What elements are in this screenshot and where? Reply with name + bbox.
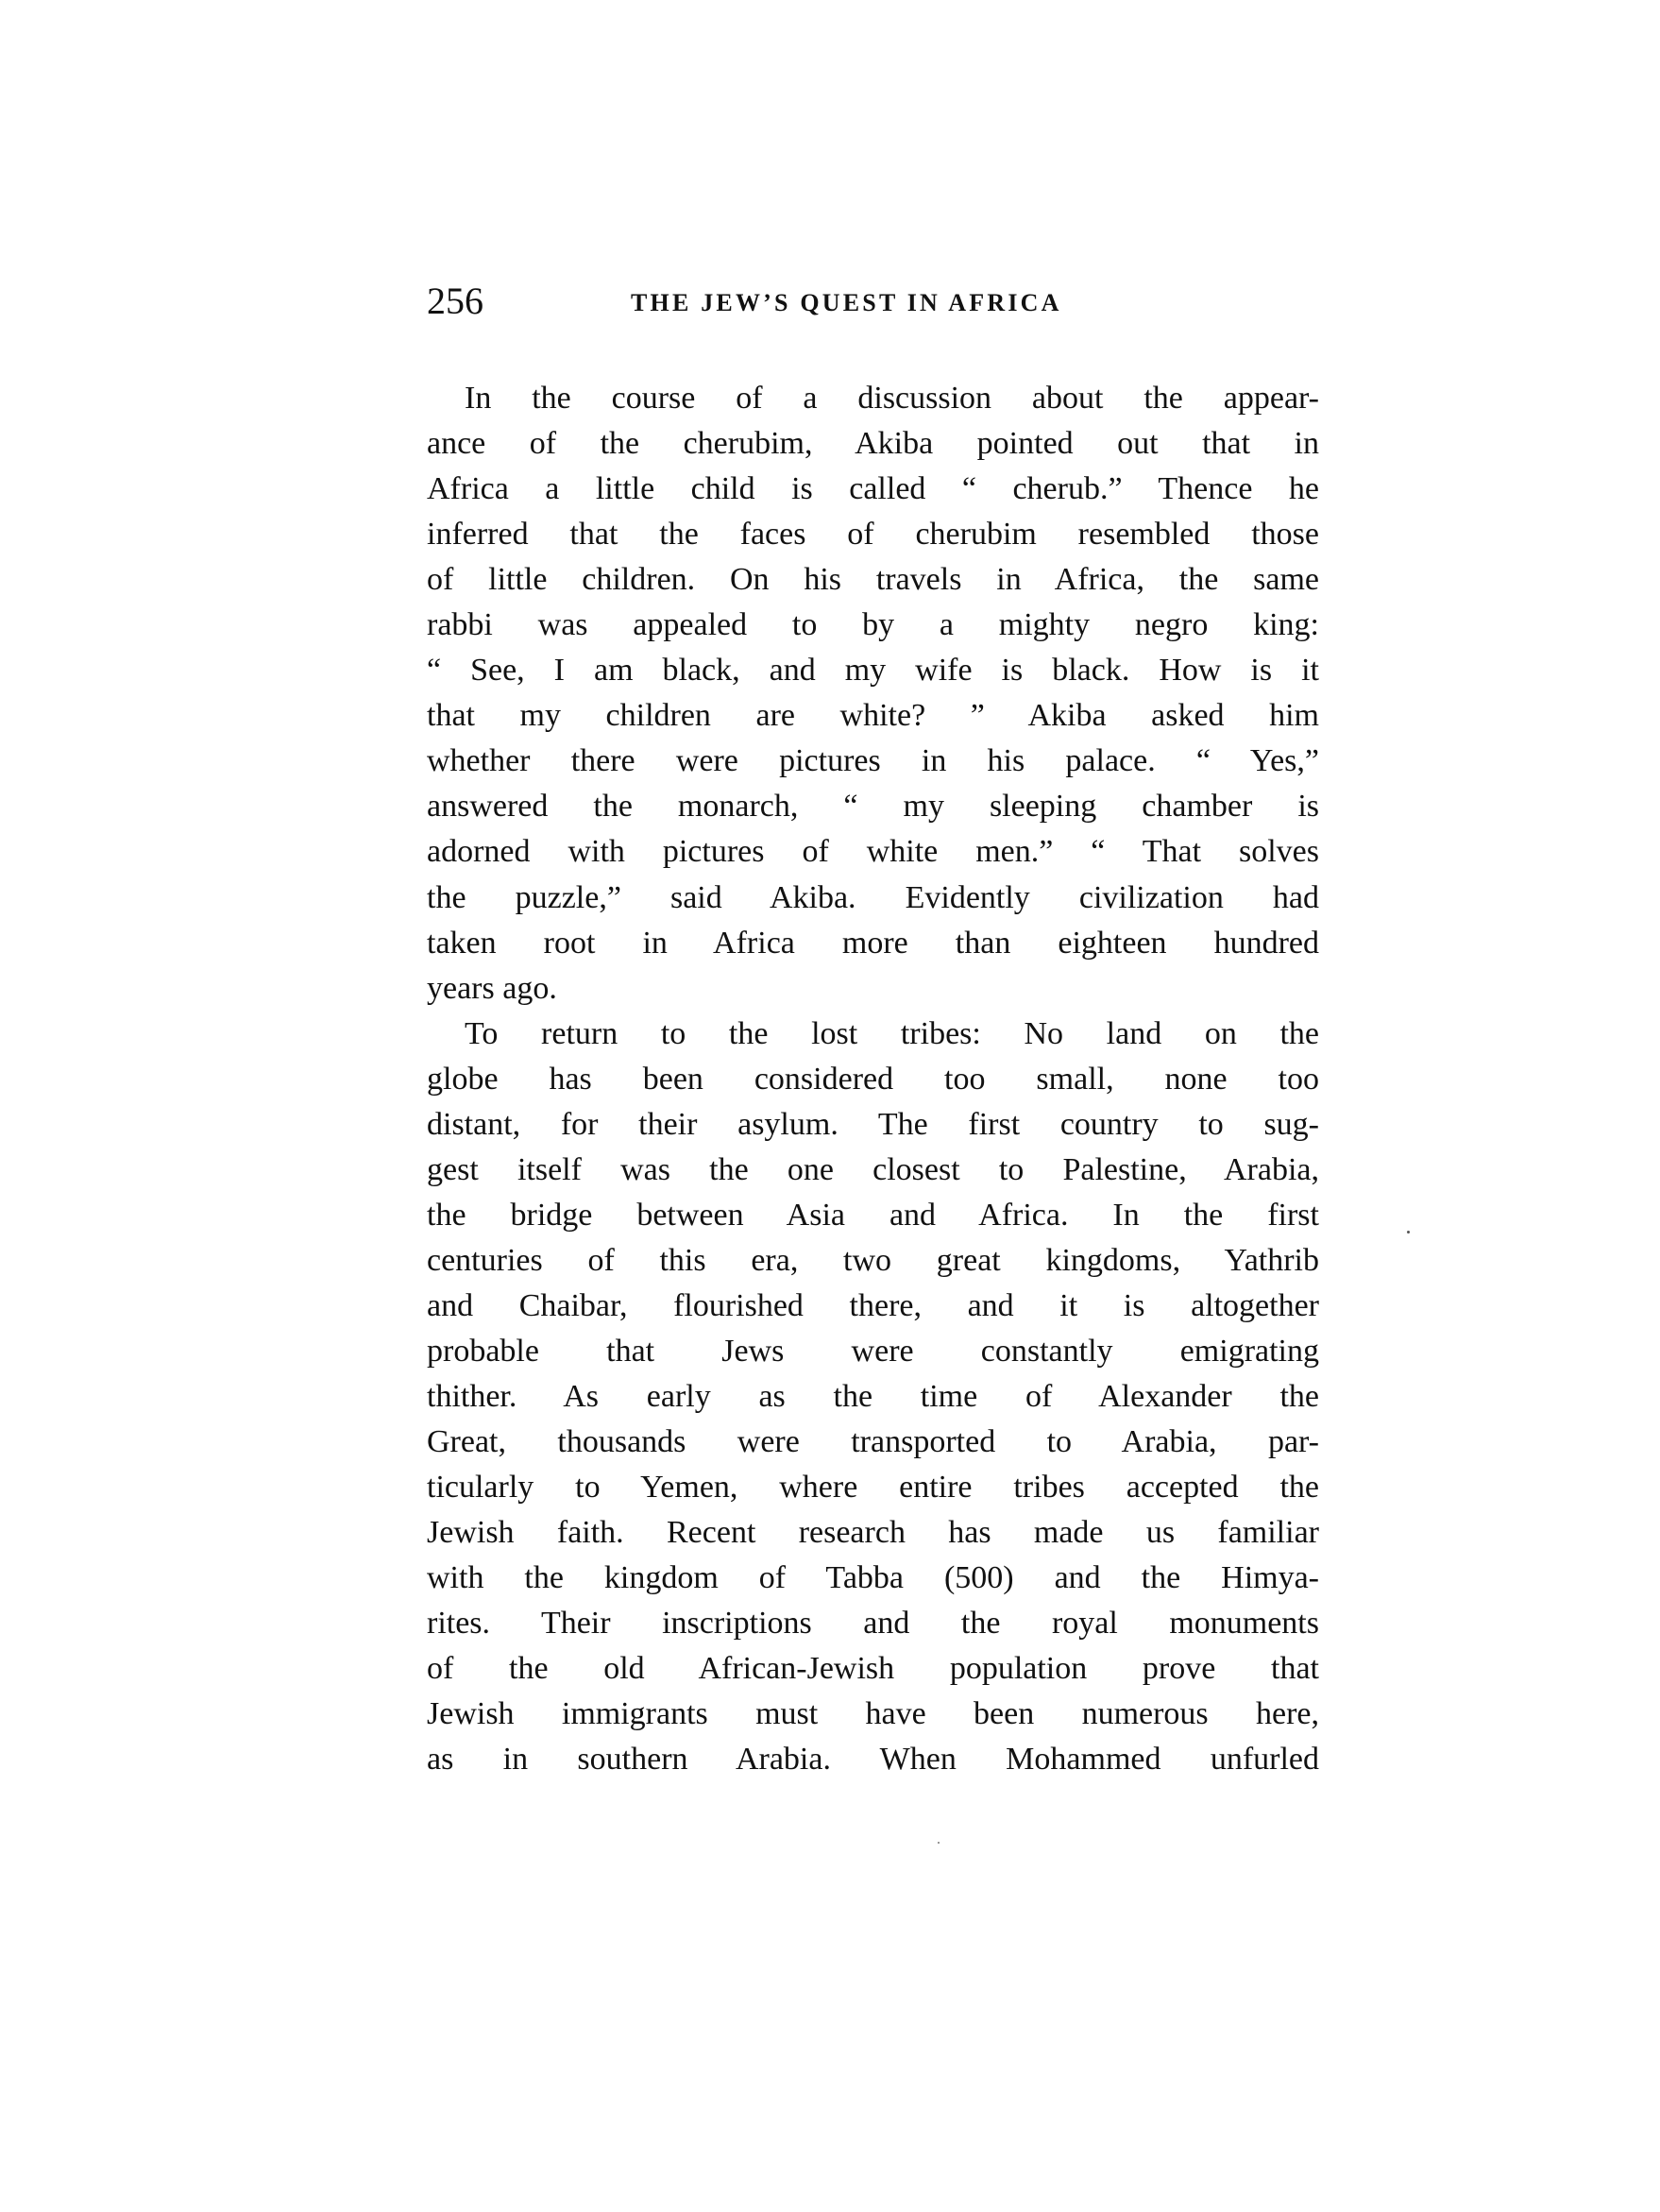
text-line: that my children are white? ” Akiba aske… [427,693,1319,739]
text-line: Africa a little child is called “ cherub… [427,467,1319,512]
text-line: Great, thousands were transported to Ara… [427,1420,1319,1465]
text-line: In the course of a discussion about the … [427,376,1319,421]
text-line: distant, for their asylum. The first cou… [427,1102,1319,1148]
text-line: the puzzle,” said Akiba. Evidently civil… [427,876,1319,921]
text-line: with the kingdom of Tabba (500) and the … [427,1556,1319,1601]
paragraph-2: To return to the lost tribes: No land on… [427,1012,1319,1783]
text-line: probable that Jews were constantly emigr… [427,1329,1319,1374]
text-line: gest itself was the one closest to Pales… [427,1148,1319,1193]
running-title: THE JEW’S QUEST IN AFRICA [631,284,1062,322]
text-line: answered the monarch, “ my sleeping cham… [427,784,1319,829]
text-line: as in southern Arabia. When Mohammed unf… [427,1737,1319,1782]
page-number: 256 [427,278,483,325]
scan-speck [938,1842,940,1844]
text-line: thither. As early as the time of Alexand… [427,1374,1319,1420]
text-line: inferred that the faces of cherubim rese… [427,512,1319,557]
text-line: of the old African-Jewish population pro… [427,1646,1319,1692]
running-head: 256 THE JEW’S QUEST IN AFRICA [427,278,1319,325]
text-line: rites. Their inscriptions and the royal … [427,1601,1319,1646]
text-line: ance of the cherubim, Akiba pointed out … [427,421,1319,467]
paragraph-1: In the course of a discussion about the … [427,376,1319,1012]
text-line: whether there were pictures in his palac… [427,739,1319,784]
text-line: adorned with pictures of white men.” “ T… [427,829,1319,875]
text-line: ticularly to Yemen, where entire tribes … [427,1465,1319,1510]
text-line: of little children. On his travels in Af… [427,557,1319,603]
body-text: In the course of a discussion about the … [427,376,1319,1782]
text-line: taken root in Africa more than eighteen … [427,921,1319,966]
text-line: Jewish immigrants must have been numerou… [427,1692,1319,1737]
text-line: the bridge between Asia and Africa. In t… [427,1193,1319,1238]
text-line: “ See, I am black, and my wife is black.… [427,648,1319,693]
text-line: centuries of this era, two great kingdom… [427,1238,1319,1284]
text-line: and Chaibar, flourished there, and it is… [427,1284,1319,1329]
text-line: globe has been considered too small, non… [427,1057,1319,1102]
book-page: 256 THE JEW’S QUEST IN AFRICA In the cou… [0,0,1660,2212]
text-line: years ago. [427,966,1319,1012]
scan-speck [1407,1231,1410,1234]
text-line: To return to the lost tribes: No land on… [427,1012,1319,1057]
text-line: rabbi was appealed to by a mighty negro … [427,603,1319,648]
text-line: Jewish faith. Recent research has made u… [427,1510,1319,1556]
